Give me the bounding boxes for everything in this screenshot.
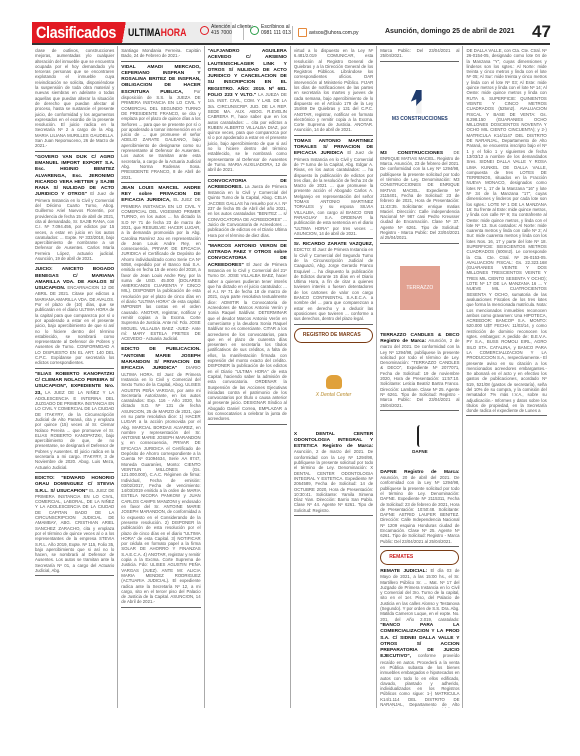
notice: VIDAL AMADI MERCADO, CEFERIANO INSFRAN Y… — [121, 64, 200, 183]
mail-icon — [298, 28, 307, 37]
dafne-logo: DAFNE — [380, 415, 459, 465]
newspaper-logo: ULTIMAHORA — [128, 27, 187, 39]
dateline: Asunción, domingo 25 de abril de 2021 — [385, 28, 515, 35]
notice: "ALFJANDRO AGUILERA ACEVEDO C/ ARSENIO L… — [208, 48, 287, 176]
column-1: clase de outlivos, construcciones mejora… — [32, 46, 118, 708]
notice: X DENTAL CENTER ODONTOLOGIA INTEGRAL Y E… — [294, 431, 373, 516]
m3-mark-icon — [411, 90, 429, 114]
notice: CONVOCATORIA DE ACREEDORES. La Jueza de … — [208, 178, 287, 241]
notice: Marca Public: Del 23/04/2021 al 25/04/20… — [380, 48, 459, 62]
notice: JEAN LOUIS MARCEL ANDRE REY sobre PRIVAC… — [121, 185, 200, 345]
notice: EDICTO DE PUBLICACION. "ANTOINE MARIE JO… — [121, 346, 200, 607]
notice: "GOVERO VAN DIJK C/ AGRO EMANUEL IMPORT … — [35, 154, 114, 265]
dafne-mark-icon — [417, 425, 423, 447]
contact-whatsapp: Escríbinos al0981 111 013 — [250, 24, 291, 36]
section-title: Clasificados — [36, 23, 116, 43]
page-header: Clasificados ULTIMAHORA Atención al clie… — [0, 22, 580, 44]
column-6: DE DALLA VALLE, con Cta. Cte. Ctral. Nº … — [463, 46, 549, 708]
phone-icon — [200, 26, 209, 35]
divider — [243, 26, 244, 40]
classifieds-columns: clase de outlivos, construcciones mejora… — [32, 46, 550, 708]
notice: EDICTO: "EDWARD HONORIO GRAU DOMINGUEZ C… — [35, 475, 114, 576]
registro-de-marcas-banner: REGISTRO DE MARCAS — [294, 328, 373, 343]
contact-phone: Atención al cliente:415 7000 — [200, 24, 253, 36]
column-4: virtud a lo dispuesto en la Ley Nº 6.481… — [291, 46, 377, 708]
page-number: 47 — [532, 22, 551, 42]
notice: TERRAZZO CANDLES & DECO Registro de Marc… — [380, 332, 459, 411]
header-rule — [32, 43, 550, 45]
column-5: Marca Public: Del 23/04/2021 al 25/04/20… — [377, 46, 463, 708]
terrazzo-logo: TERRAZZO — [380, 248, 459, 328]
notice: "ELIAS ROBERTO KANOPATZKI C/ CLEMAR NOLA… — [35, 371, 114, 473]
notice: Santiago Mondania Ferreira. Capitán Bado… — [121, 48, 200, 62]
notice: "MARCOS ANTONIO VERON DE ASTRADA PAEZ Y … — [208, 243, 287, 425]
notice: DAFNE Registro de Marca: Asunción, 20 de… — [380, 469, 459, 547]
tooth-icon — [326, 375, 342, 389]
notice: DE DALLA VALLE, con Cta. Cte. Ctral. Nº … — [466, 48, 546, 416]
column-3: "ALFJANDRO AGUILERA ACEVEDO C/ ARSENIO L… — [205, 46, 291, 708]
whatsapp-icon — [250, 26, 259, 35]
divider — [292, 26, 293, 40]
column-2: Santiago Mondania Ferreira. Capitán Bado… — [118, 46, 204, 708]
notice: clase de outlivos, construcciones mejora… — [35, 48, 114, 152]
x-dental-logo: X Dental Center — [294, 347, 373, 427]
notice: M3 CONSTRUCCIONES DE ENRIQUE MATIAS MACI… — [380, 150, 459, 244]
notice: virtud a lo dispuesto en la Ley Nº 6.481… — [294, 48, 373, 136]
notice: JUICIO: ANICETO BOGADO BENEGAS C/ MARIAN… — [35, 266, 114, 368]
remates-banner: REMATES — [380, 550, 459, 565]
m3-logo: M3 CONSTRUCCIONES — [380, 66, 459, 146]
contact-email: avisos@uhora.com.py — [298, 28, 359, 37]
notice: Sr. RICARDO ZARATE VAZQUEZ, EDICTO: El J… — [294, 241, 373, 324]
remate-notice: REMATE JUDICIAL: El día 03 de Mayo de 20… — [380, 568, 459, 708]
notice: TOMAS ANTONIO MARTINEZ TORALES S/ PRIVAC… — [294, 138, 373, 239]
